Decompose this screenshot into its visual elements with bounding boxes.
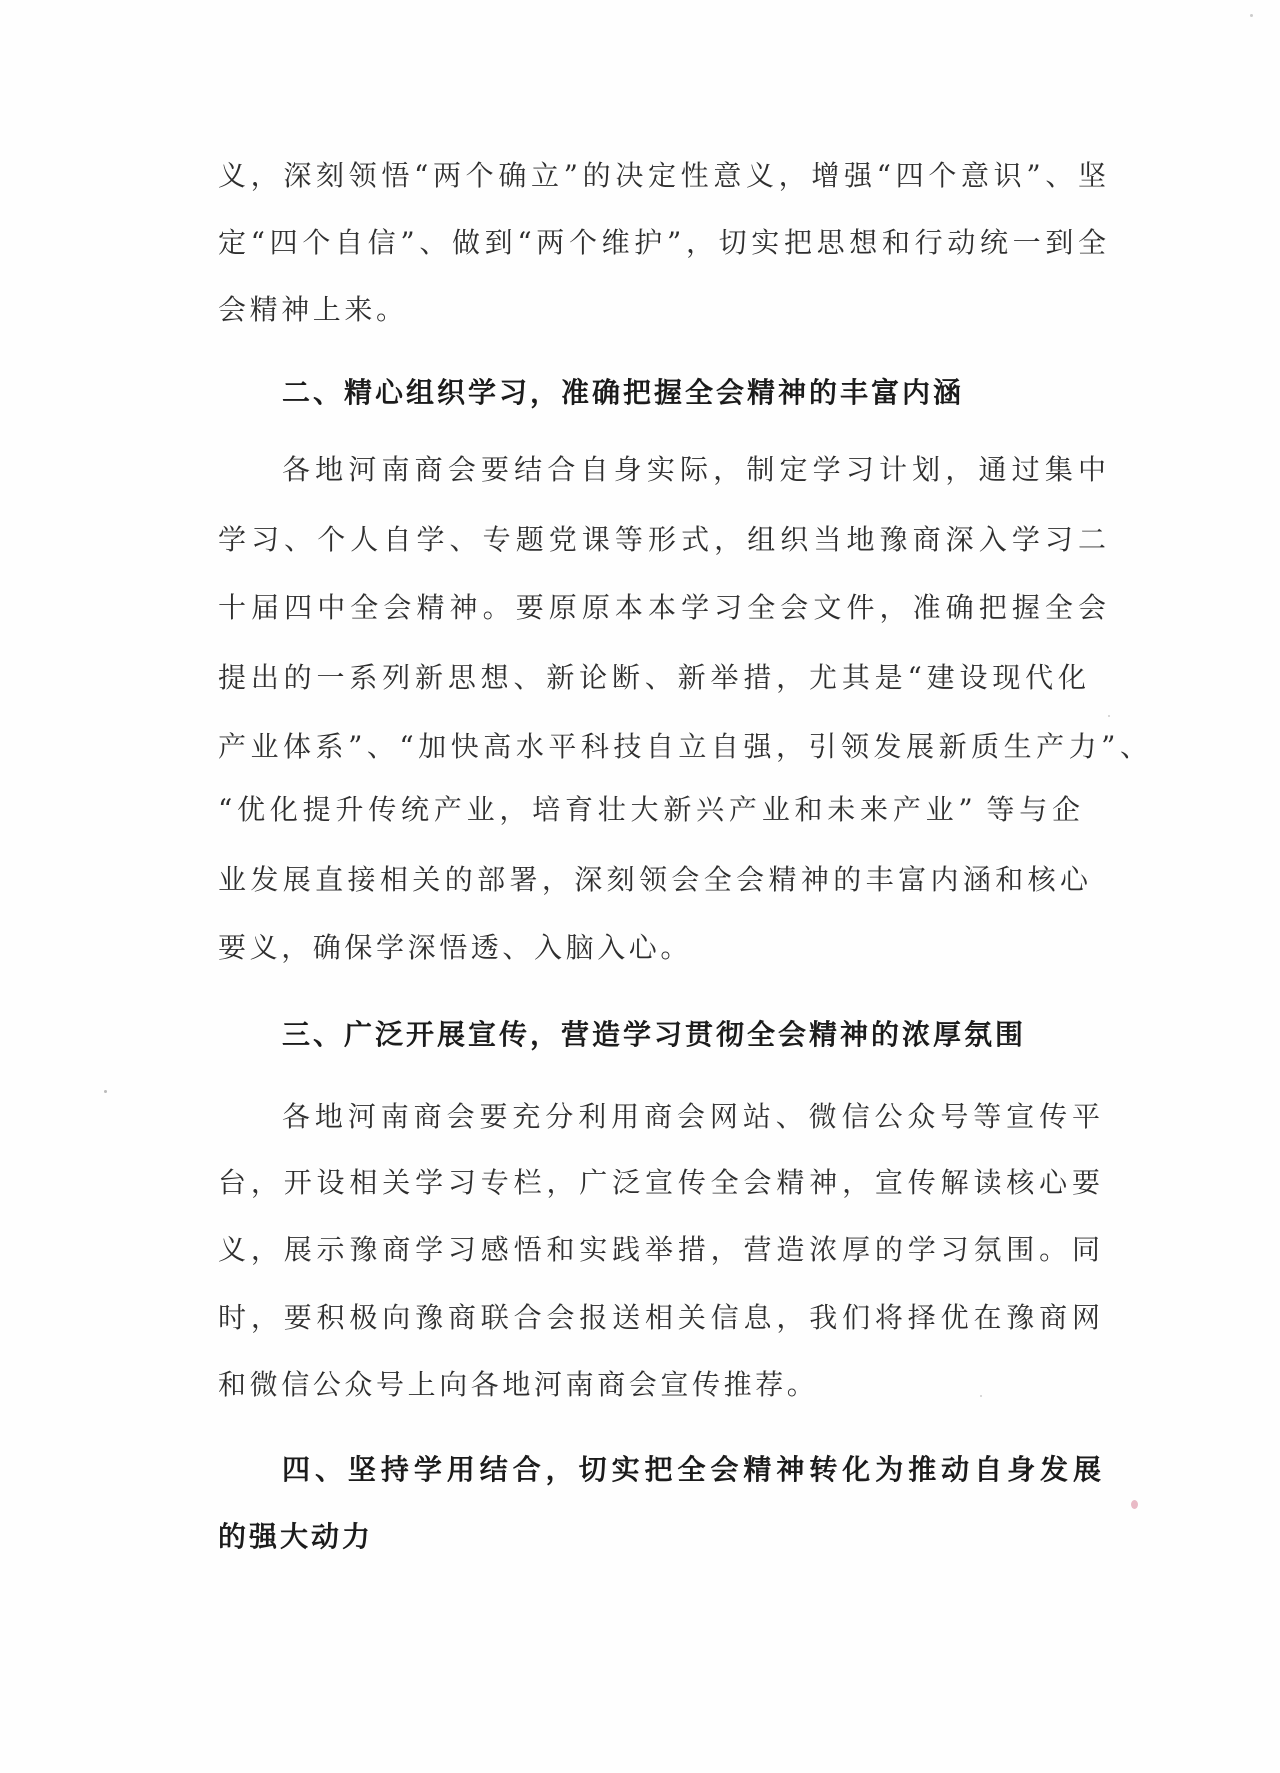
paragraph-line: 各地河南商会要结合自身实际，制定学习计划，通过集中 bbox=[282, 450, 1106, 490]
paragraph-line: 要义，确保学深悟透、入脑入心。 bbox=[218, 928, 692, 968]
paragraph-line: 义，展示豫商学习感悟和实践举措，营造浓厚的学习氛围。同 bbox=[218, 1230, 1100, 1270]
scanned-document-page: 义，深刻领悟“两个确立”的决定性意义，增强“四个意识”、坚 定“四个自信”、做到… bbox=[0, 0, 1280, 1773]
paragraph-line: 业发展直接相关的部署，深刻领会全会精神的丰富内涵和核心 bbox=[218, 860, 1088, 900]
paragraph-line: 会精神上来。 bbox=[218, 290, 408, 330]
paragraph-line: 台，开设相关学习专栏，广泛宣传全会精神，宣传解读核心要 bbox=[218, 1163, 1100, 1203]
section-heading-3: 三、广泛开展宣传，营造学习贯彻全会精神的浓厚氛围 bbox=[282, 1015, 1026, 1055]
paragraph-line: 义，深刻领悟“两个确立”的决定性意义，增强“四个意识”、坚 bbox=[218, 156, 1106, 196]
section-heading-2: 二、精心组织学习，准确把握全会精神的丰富内涵 bbox=[282, 373, 964, 413]
paragraph-line: 学习、个人自学、专题党课等形式，组织当地豫商深入学习二 bbox=[218, 520, 1106, 560]
paragraph-line: “优化提升传统产业，培育壮大新兴产业和未来产业” 等与企 bbox=[218, 790, 1080, 830]
scan-speck bbox=[980, 1395, 982, 1397]
heading-line: 四、坚持学用结合，切实把全会精神转化为推动自身发展 bbox=[282, 1450, 1104, 1490]
paragraph-line: 产业体系”、“加快高水平科技自立自强，引领发展新质生产力”、 bbox=[218, 727, 1148, 767]
scan-speck bbox=[104, 1090, 107, 1093]
paragraph-line: 时，要积极向豫商联合会报送相关信息，我们将择优在豫商网 bbox=[218, 1298, 1100, 1338]
heading-line: 的强大动力 bbox=[218, 1517, 373, 1557]
paragraph-line: 定“四个自信”、做到“两个维护”，切实把思想和行动统一到全 bbox=[218, 223, 1106, 263]
scan-speck bbox=[1131, 1500, 1138, 1509]
paragraph-line: 和微信公众号上向各地河南商会宣传推荐。 bbox=[218, 1365, 818, 1405]
paragraph-line: 提出的一系列新思想、新论断、新举措，尤其是“建设现代化 bbox=[218, 658, 1086, 698]
paragraph-line: 十届四中全会精神。要原原本本学习全会文件，准确把握全会 bbox=[218, 588, 1106, 628]
scan-speck bbox=[1250, 14, 1253, 17]
scan-speck bbox=[1108, 715, 1110, 717]
paragraph-line: 各地河南商会要充分利用商会网站、微信公众号等宣传平 bbox=[282, 1097, 1100, 1137]
